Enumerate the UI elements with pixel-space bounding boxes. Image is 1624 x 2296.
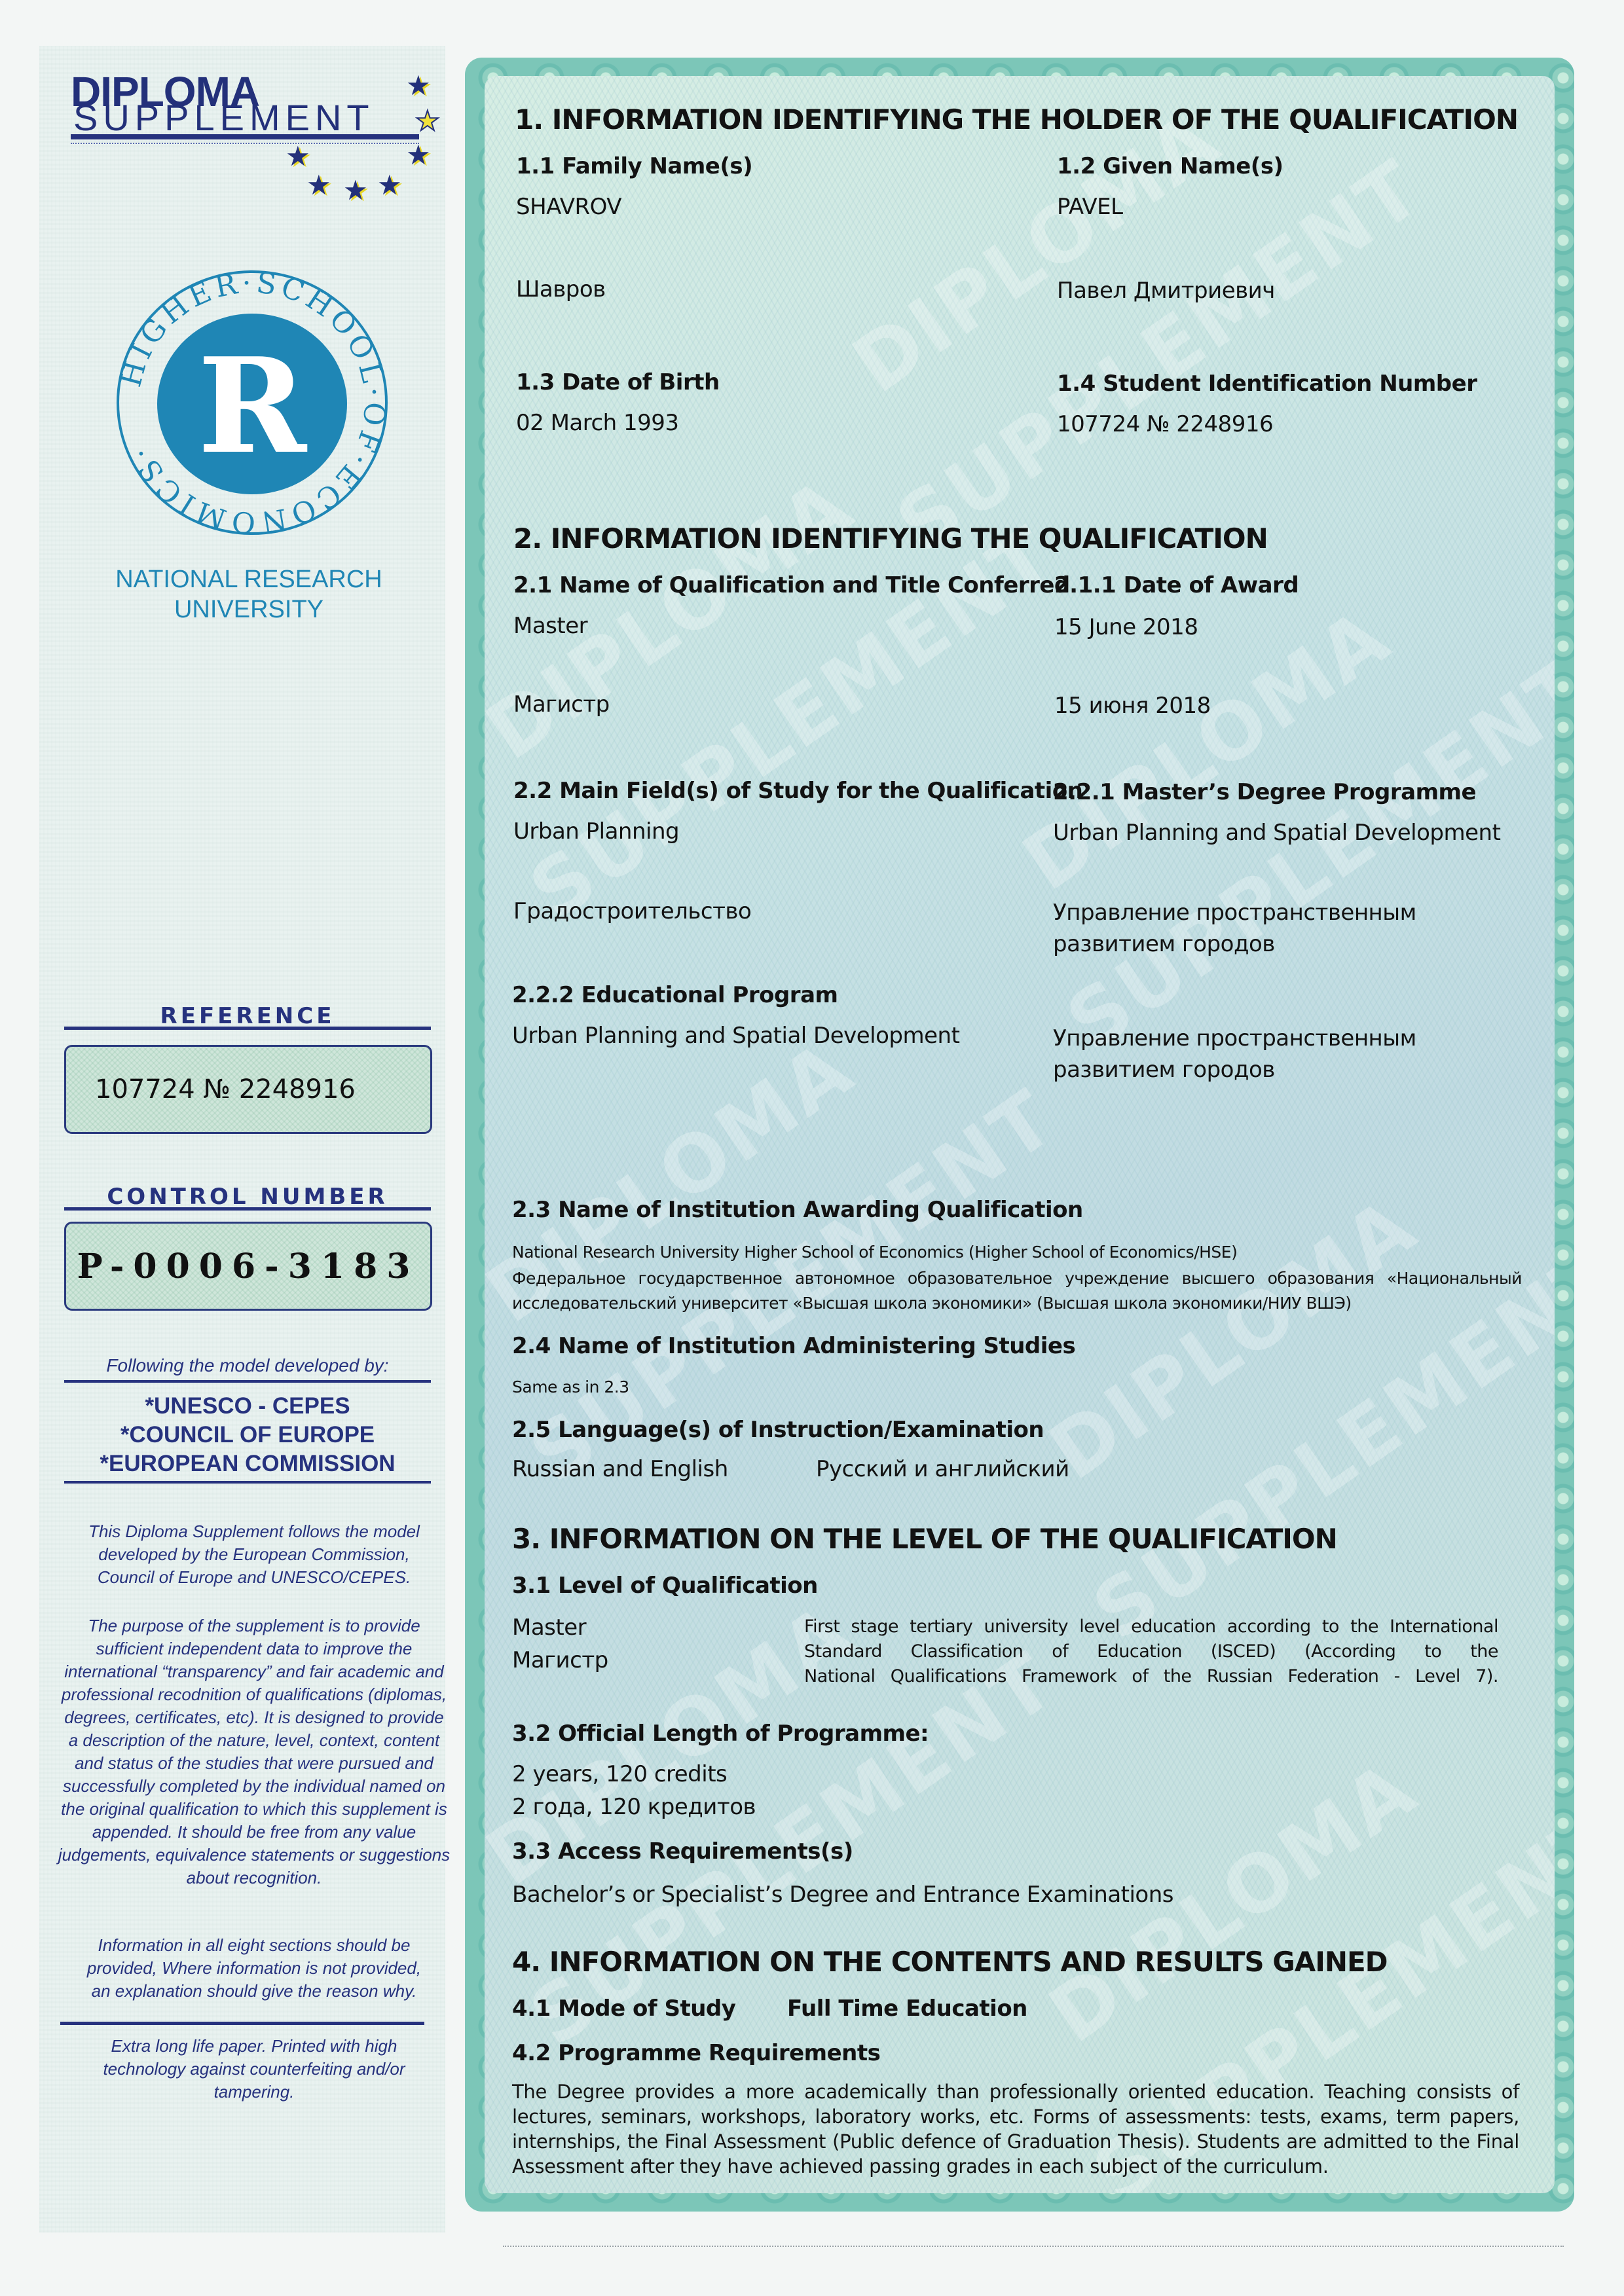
supplement-model-note: This Diploma Supplement follows the mode… (77, 1520, 431, 1589)
student-id-value: 107724 № 2248916 (1057, 411, 1273, 437)
date-of-birth-value: 02 March 1993 (516, 410, 679, 436)
eu-star-icon: ★ (286, 143, 310, 170)
orgs-rule (64, 1481, 431, 1484)
university-name-line-1: NATIONAL RESEARCH (85, 564, 413, 594)
level-en: Master (512, 1614, 586, 1641)
section-1-title: 1. INFORMATION IDENTIFYING THE HOLDER OF… (515, 103, 1518, 136)
hse-seal-logo: HIGHER·SCHOOL·OF·ECONOMICS· R (111, 265, 393, 540)
programme-length-ru: 2 года, 120 кредитов (512, 1794, 756, 1820)
eu-star-icon: ★ (406, 141, 431, 169)
eu-star-icon: ★ (306, 172, 331, 199)
access-requirements-value: Bachelor’s or Specialist’s Degree and En… (512, 1882, 1173, 1908)
eu-star-icon: ★ (377, 172, 402, 199)
following-model-label: Following the model developed by: (64, 1355, 431, 1376)
access-requirements-label: 3.3 Access Requirements(s) (512, 1838, 853, 1865)
org-european-commission: *EUROPEAN COMMISSION (64, 1449, 431, 1478)
section-4-title: 4. INFORMATION ON THE CONTENTS AND RESUL… (512, 1946, 1388, 1978)
main-panel: DIPLOMA SUPPLEMENT DIPLOMA SUPPLEMENT DI… (485, 76, 1555, 2193)
control-number-label: CONTROL NUMBER (64, 1184, 431, 1210)
mode-of-study-label: 4.1 Mode of Study (512, 1995, 735, 2022)
control-number-rule (64, 1207, 431, 1211)
language-en: Russian and English (512, 1456, 728, 1482)
org-unesco: *UNESCO - CEPES (64, 1392, 431, 1421)
reference-rule (64, 1027, 431, 1030)
awarding-institution-ru-1: Федеральное государственное автономное о… (512, 1266, 1522, 1291)
date-of-birth-label: 1.3 Date of Birth (516, 369, 720, 395)
model-organizations: *UNESCO - CEPES *COUNCIL OF EUROPE *EURO… (64, 1392, 431, 1478)
control-number-value: P-0006-3183 (66, 1247, 430, 1286)
degree-programme-label: 2.2.1 Master’s Degree Programme (1053, 779, 1476, 805)
student-id-label: 1.4 Student Identification Number (1057, 371, 1477, 397)
main-field-label: 2.2 Main Field(s) of Study for the Quali… (513, 778, 1082, 804)
eight-sections-note: Information in all eight sections should… (77, 1934, 431, 2003)
logo-rule (71, 134, 419, 139)
section-2-title: 2. INFORMATION IDENTIFYING THE QUALIFICA… (513, 522, 1268, 555)
level-description-2: Standard Classification of Education (IS… (804, 1639, 1498, 1664)
family-name-en: SHAVROV (516, 194, 621, 220)
reference-label: REFERENCE (64, 1003, 431, 1029)
svg-text:R: R (198, 329, 308, 483)
qualification-name-ru: Магистр (513, 691, 610, 718)
eu-star-icon: ★ (406, 72, 431, 100)
university-name: NATIONAL RESEARCH UNIVERSITY (85, 564, 413, 625)
family-name-label: 1.1 Family Name(s) (516, 153, 752, 179)
awarding-institution-label: 2.3 Name of Institution Awarding Qualifi… (512, 1197, 1083, 1223)
qualification-name-en: Master (513, 613, 587, 639)
main-field-ru: Градостроительство (513, 898, 751, 924)
given-name-label: 1.2 Given Name(s) (1057, 153, 1283, 179)
degree-programme-en: Urban Planning and Spatial Development (1053, 820, 1500, 846)
document-body: 1. INFORMATION IDENTIFYING THE HOLDER OF… (485, 76, 1555, 2193)
paper-note-rule (60, 2022, 424, 2025)
educational-program-en: Urban Planning and Spatial Development (512, 1023, 959, 1049)
educational-program-ru-1: Управление пространственным (1053, 1025, 1416, 1051)
section-3-title: 3. INFORMATION ON THE LEVEL OF THE QUALI… (512, 1523, 1337, 1555)
administering-institution-value: Same as in 2.3 (512, 1375, 629, 1400)
qualification-name-label: 2.1 Name of Qualification and Title Conf… (513, 572, 1070, 598)
programme-length-label: 3.2 Official Length of Programme: (512, 1721, 929, 1747)
language-ru: Русский и английский (816, 1456, 1069, 1482)
control-number-box: P-0006-3183 (64, 1222, 432, 1311)
supplement-purpose-note: The purpose of the supplement is to prov… (58, 1614, 451, 1889)
reference-value: 107724 № 2248916 (95, 1074, 356, 1104)
logo-line-2: SUPPLEMENT (73, 100, 375, 136)
level-description-1: First stage tertiary university level ed… (804, 1614, 1498, 1639)
administering-institution-label: 2.4 Name of Institution Administering St… (512, 1333, 1075, 1359)
date-of-award-ru: 15 июня 2018 (1054, 693, 1211, 719)
reference-box: 107724 № 2248916 (64, 1045, 432, 1134)
awarding-institution-ru-2: исследовательский университет «Высшая шк… (512, 1291, 1352, 1316)
given-name-en: PAVEL (1057, 194, 1123, 220)
awarding-institution-en: National Research University Higher Scho… (512, 1240, 1237, 1265)
family-name-ru: Шавров (516, 276, 606, 302)
following-rule (64, 1380, 431, 1383)
language-label: 2.5 Language(s) of Instruction/Examinati… (512, 1417, 1044, 1443)
degree-programme-ru-2: развитием городов (1053, 931, 1275, 957)
date-of-award-label: 2.1.1 Date of Award (1054, 572, 1299, 598)
programme-requirements-text: The Degree provides a more academically … (512, 2079, 1519, 2179)
level-ru: Магистр (512, 1647, 608, 1673)
paper-note: Extra long life paper. Printed with high… (90, 2035, 418, 2104)
programme-requirements-label: 4.2 Programme Requirements (512, 2040, 880, 2066)
bottom-microprint-line (503, 2246, 1564, 2247)
org-council-of-europe: *COUNCIL OF EUROPE (64, 1421, 431, 1449)
eu-star-icon: ★ (415, 107, 440, 135)
educational-program-label: 2.2.2 Educational Program (512, 982, 838, 1008)
main-field-en: Urban Planning (513, 818, 679, 845)
date-of-award-en: 15 June 2018 (1054, 614, 1198, 640)
mode-of-study-value: Full Time Education (787, 1995, 1027, 2022)
educational-program-ru-2: развитием городов (1053, 1057, 1275, 1083)
given-name-ru: Павел Дмитриевич (1057, 278, 1275, 304)
degree-programme-ru-1: Управление пространственным (1053, 900, 1416, 926)
level-of-qualification-label: 3.1 Level of Qualification (512, 1573, 818, 1599)
level-description-3: National Qualifications Framework of the… (804, 1664, 1498, 1689)
university-name-line-2: UNIVERSITY (85, 594, 413, 625)
eu-star-icon: ★ (343, 177, 368, 204)
logo-dotted-rule (71, 143, 419, 145)
programme-length-en: 2 years, 120 credits (512, 1761, 727, 1787)
